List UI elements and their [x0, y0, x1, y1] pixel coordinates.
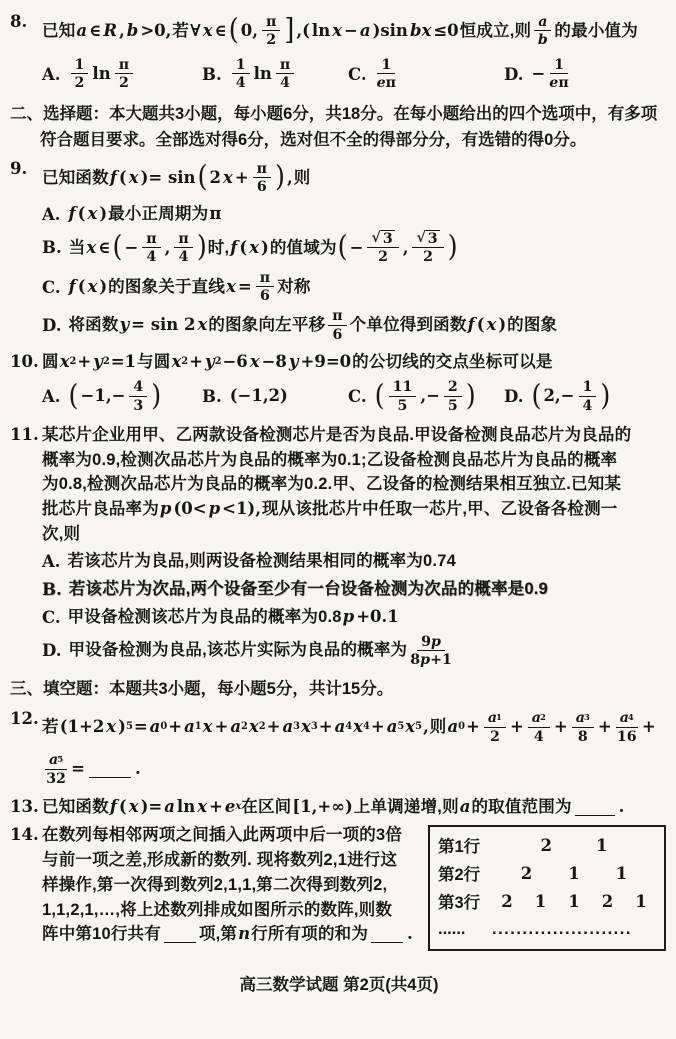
option-b: B.若该芯片为次品,两个设备至少有一台设备检测为次品的概率是0.9 — [42, 577, 668, 603]
paragraph-line: 1,1,2,1,…,将上述数列排成如图所示的数阵,则数 — [42, 898, 422, 923]
option-c: C.(115,−25) — [348, 378, 504, 415]
option-b: B.14lnπ4 — [202, 56, 348, 93]
question-13: 13. 已知函数f(x)=alnx+ex在区间[1,+∞)上单调递增,则a的取值… — [10, 795, 668, 820]
paragraph-line: 某芯片企业用甲、乙两款设备检测芯片是否为良品.甲设备检测良品芯片为良品的 — [42, 423, 668, 448]
option-content: (−1,2) — [229, 384, 289, 409]
option-label: A. — [42, 205, 61, 224]
table-cell: 1 — [568, 892, 579, 911]
question-11: 11. 某芯片企业用甲、乙两款设备检测芯片是否为良品.甲设备检测良品芯片为良品的… — [10, 423, 668, 671]
option-content: −1eπ — [530, 56, 571, 93]
section-header-multiple-choice: 二、选择题：本大题共3小题，每小题6分，共18分。在每小题给出的四个选项中，有多… — [10, 102, 668, 153]
option-a: A.12lnπ2 — [42, 56, 202, 93]
answer-blank — [164, 926, 196, 943]
paragraph-line: 阵中第10行共有项,第n行所有项的和为. — [42, 922, 422, 947]
option-label: C. — [42, 278, 61, 297]
option-d: D.甲设备检测为良品,该芯片实际为良品的概率为9p8p+1 — [42, 633, 668, 670]
table-cell: 2 — [602, 892, 613, 911]
option-b: B.(−1,2) — [202, 384, 348, 409]
paragraph-line: 概率为0.9,检测次品芯片为良品的概率为0.1;乙设备检测良品芯片为良品的概率 — [42, 448, 668, 473]
section-header-fill-blank: 三、填空题：本题共3小题，每小题5分，共计15分。 — [10, 677, 668, 703]
question-13-number: 13. — [10, 795, 42, 820]
table-cell: 1 — [568, 864, 579, 883]
question-14-number: 14. — [10, 823, 42, 961]
table-cell: 2 — [521, 864, 532, 883]
option-label: B. — [42, 580, 62, 599]
option-content: 将函数y= sin 2x的图象向左平移π6个单位得到函数f(x)的图象 — [68, 307, 557, 344]
option-label: D. — [42, 641, 61, 660]
section-header-line: 二、选择题：本大题共3小题，每小题6分，共18分。在每小题给出的四个选项中，有多… — [10, 102, 668, 128]
option-content: f(x)最小正周期为π — [68, 202, 223, 227]
option-content: (2,−14) — [530, 378, 611, 415]
ellipsis-row: ....................... — [492, 920, 656, 939]
paragraph-line: 批芯片良品率为p(0<p<1),现从该批芯片中任取一芯片,甲、乙设备各检测一 — [42, 497, 668, 522]
question-10-stem: 圆x2+y2=1与圆x2+y2−6x−8y+9=0的公切线的交点坐标可以是 — [42, 350, 668, 375]
option-content: 甲设备检测为良品,该芯片实际为良品的概率为9p8p+1 — [68, 633, 454, 670]
table-row: 第2行211 — [438, 859, 656, 887]
number-grid-table: 第1行21第2行211第3行21121.....................… — [428, 825, 666, 951]
table-row: 第1行21 — [438, 831, 656, 859]
question-9: 9. 已知函数f(x)= sin(2x+π6),则 A.f(x)最小正周期为π … — [10, 157, 668, 346]
question-8: 8. 已知a∈R,b>0,若∀x∈(0,π2],(lnx−a)sinbx≤0恒成… — [10, 10, 668, 96]
answer-blank — [89, 761, 131, 778]
option-label: C. — [348, 387, 367, 406]
table-cell: 1 — [535, 892, 546, 911]
option-content: (−1,−43) — [68, 378, 163, 415]
option-content: 14lnπ4 — [229, 56, 298, 93]
option-label: C. — [348, 65, 367, 84]
option-content: 1eπ — [374, 56, 399, 93]
option-c: C.f(x)的图象关于直线x=π6对称 — [42, 269, 668, 306]
option-label: B. — [202, 387, 222, 406]
table-row: 第3行21121 — [438, 887, 656, 915]
page-footer: 高三数学试题 第2页(共4页) — [10, 971, 668, 995]
question-9-number: 9. — [10, 157, 42, 346]
option-label: A. — [42, 552, 61, 571]
table-cell: 2 — [541, 836, 552, 855]
paragraph-line: 样操作,第一次得到数列2,1,1,第二次得到数列2, — [42, 873, 422, 898]
option-label: A. — [42, 387, 61, 406]
option-content: 当x∈(−π4,π4)时,f(x)的值域为(−√32,√32) — [69, 229, 459, 267]
option-content: 12lnπ2 — [68, 56, 137, 93]
question-12-stem-line2: a532=. — [42, 749, 668, 791]
question-8-options: A.12lnπ2 B.14lnπ4 C.1eπ D.−1eπ — [42, 52, 668, 96]
option-label: A. — [42, 65, 61, 84]
option-label: D. — [504, 65, 523, 84]
paragraph-line: 次,则 — [42, 522, 668, 547]
question-12-number: 12. — [10, 707, 42, 791]
question-11-number: 11. — [10, 423, 42, 671]
option-content: 若该芯片为次品,两个设备至少有一台设备检测为次品的概率是0.9 — [69, 577, 548, 602]
option-content: 甲设备检测该芯片为良品的概率为0.8p+0.1 — [68, 605, 400, 630]
paragraph-line: 在数列每相邻两项之间插入此两项中后一项的3倍 — [42, 823, 422, 848]
option-d: D.−1eπ — [504, 56, 668, 93]
table-cell: 1 — [596, 836, 607, 855]
exam-page: 8. 已知a∈R,b>0,若∀x∈(0,π2],(lnx−a)sinbx≤0恒成… — [0, 0, 676, 995]
option-c: C.1eπ — [348, 56, 504, 93]
option-content: 若该芯片为良品,则两设备检测结果相同的概率为0.74 — [68, 549, 456, 574]
option-a: A.若该芯片为良品,则两设备检测结果相同的概率为0.74 — [42, 549, 668, 575]
option-b: B.当x∈(−π4,π4)时,f(x)的值域为(−√32,√32) — [42, 229, 668, 267]
option-a: A.f(x)最小正周期为π — [42, 201, 668, 227]
row-label: 第1行 — [438, 833, 492, 857]
option-d: D.(2,−14) — [504, 378, 668, 415]
question-14: 14. 在数列每相邻两项之间插入此两项中后一项的3倍 与前一项之差,形成新的数列… — [10, 823, 668, 961]
section-header-line: 符合题目要求。全部选对得6分，选对但不全的得部分分，有选错的得0分。 — [40, 128, 668, 154]
question-9-stem: 已知函数f(x)= sin(2x+π6),则 — [42, 157, 668, 199]
row-label: ...... — [438, 920, 492, 939]
table-row: ............................. — [438, 915, 656, 943]
option-label: B. — [202, 65, 222, 84]
table-cell: 1 — [616, 864, 627, 883]
option-content: f(x)的图象关于直线x=π6对称 — [68, 269, 311, 306]
answer-blank — [371, 926, 403, 943]
paragraph-line: 为0.8,检测次品芯片为良品的概率为0.2.甲、乙设备的检测结果相互独立.已知某 — [42, 472, 668, 497]
option-d: D.将函数y= sin 2x的图象向左平移π6个单位得到函数f(x)的图象 — [42, 307, 668, 344]
question-10-number: 10. — [10, 350, 42, 419]
answer-blank — [575, 798, 615, 815]
question-13-stem: 已知函数f(x)=alnx+ex在区间[1,+∞)上单调递增,则a的取值范围为. — [42, 795, 668, 820]
question-12-stem-line1: 若(1+2x)5=a0+a1x+a2x2+a3x3+a4x4+a5x5,则a0+… — [42, 707, 668, 749]
option-content: (115,−25) — [374, 378, 477, 415]
paragraph-line: 与前一项之差,形成新的数列. 现将数列2,1进行这 — [42, 848, 422, 873]
section-header-line: 三、填空题：本题共3小题，每小题5分，共计15分。 — [10, 677, 668, 703]
option-c: C.甲设备检测该芯片为良品的概率为0.8p+0.1 — [42, 605, 668, 631]
question-8-number: 8. — [10, 10, 42, 96]
option-label: D. — [42, 316, 61, 335]
row-label: 第2行 — [438, 861, 492, 885]
question-8-stem: 已知a∈R,b>0,若∀x∈(0,π2],(lnx−a)sinbx≤0恒成立,则… — [42, 10, 668, 52]
option-a: A.(−1,−43) — [42, 378, 202, 415]
option-label: B. — [42, 238, 62, 257]
table-cell: 1 — [635, 892, 646, 911]
question-10-options: A.(−1,−43) B.(−1,2) C.(115,−25) D.(2,−14… — [42, 375, 668, 419]
question-10: 10. 圆x2+y2=1与圆x2+y2−6x−8y+9=0的公切线的交点坐标可以… — [10, 350, 668, 419]
option-label: D. — [504, 387, 523, 406]
option-label: C. — [42, 608, 61, 627]
table-cell: 2 — [501, 892, 512, 911]
row-label: 第3行 — [438, 889, 492, 913]
question-12: 12. 若(1+2x)5=a0+a1x+a2x2+a3x3+a4x4+a5x5,… — [10, 707, 668, 791]
